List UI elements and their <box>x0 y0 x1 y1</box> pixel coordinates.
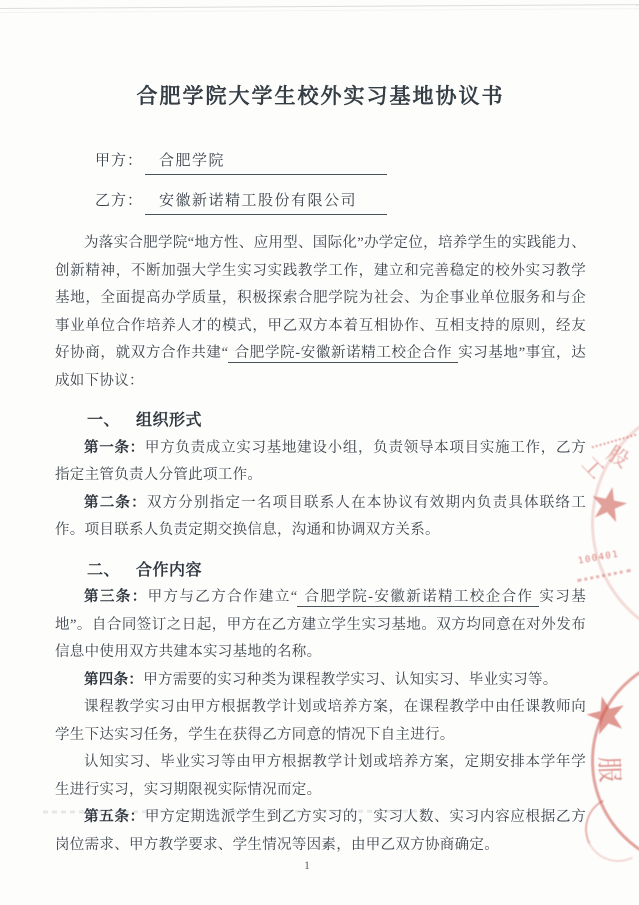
clause-3-paragraph: 第三条：甲方与乙方合作建立“合肥学院-安徽新诺精工校企合作实习基地”。自合同签订… <box>55 584 586 667</box>
clause-4-sub-text-1: 课程教学实习由甲方根据教学计划或培养方案，在课程教学中由任课教师向学生下达实习任… <box>55 699 586 743</box>
party-a-row: 甲方：合肥学院 <box>95 150 586 175</box>
section-1-number: 一、 <box>87 412 120 429</box>
clause-4-sub-paragraph-1: 课程教学实习由甲方根据教学计划或培养方案，在课程教学中由任课教师向学生下达实习任… <box>55 694 586 749</box>
clause-3-label: 第三条： <box>84 589 148 605</box>
party-b-row: 乙方：安徽新诺精工股份有限公司 <box>95 190 586 215</box>
party-b-label: 乙方： <box>95 193 143 209</box>
section-1-heading: 一、组织形式 <box>55 407 586 435</box>
intro-text-pre: 为落实合肥学院“地方性、应用型、国际化”办学定位，培养学生的实践能力、创新精神，… <box>55 235 586 361</box>
page-number: 1 <box>291 860 323 872</box>
document-body: 合肥学院大学生校外实习基地协议书 甲方：合肥学院 乙方：安徽新诺精工股份有限公司… <box>55 0 586 859</box>
clause-4-sub-paragraph-2: 认知实习、毕业实习等由甲方根据教学计划或培养方案，定期安排本学年学生进行实习，实… <box>55 749 586 804</box>
base-name-underlined: 合肥学院-安徽新诺精工校企合作 <box>297 589 539 607</box>
clause-1-paragraph: 第一条：甲方负责成立实习基地建设小组，负责领导本项目实施工作，乙方指定主管负责人… <box>55 435 586 490</box>
clause-4-label: 第四条： <box>84 672 143 688</box>
section-2-heading: 二、合作内容 <box>55 557 586 585</box>
seal-arc <box>576 787 639 870</box>
intro-paragraph: 为落实合肥学院“地方性、应用型、国际化”办学定位，培养学生的实践能力、创新精神，… <box>55 230 586 395</box>
clause-3-text-pre: 甲方与乙方合作建立“ <box>148 589 298 605</box>
clause-2-label: 第二条： <box>84 495 147 511</box>
section-1-title: 组织形式 <box>136 412 202 429</box>
red-seal-stamp-lower: ★ 服 <box>579 648 639 880</box>
seal-character: 服 <box>592 756 630 783</box>
party-a-label: 甲方： <box>95 153 143 169</box>
clause-4-text: 甲方需要的实习种类为课程教学实习、认知实习、毕业实习等。 <box>143 672 557 688</box>
base-name-underlined: 合肥学院-安徽新诺精工校企合作 <box>228 345 458 363</box>
clause-4-paragraph: 第四条：甲方需要的实习种类为课程教学实习、认知实习、毕业实习等。 <box>55 667 586 695</box>
red-seal-stamp-upper: 工 股 ★ 100401 <box>575 432 639 617</box>
clause-1-label: 第一条： <box>84 440 145 456</box>
clause-4-sub-text-2: 认知实习、毕业实习等由甲方根据教学计划或培养方案，定期安排本学年学生进行实习，实… <box>55 754 586 798</box>
page-title: 合肥学院大学生校外实习基地协议书 <box>55 82 586 110</box>
section-2-title: 合作内容 <box>136 562 202 579</box>
clause-2-paragraph: 第二条：双方分别指定一名项目联系人在本协议有效期内负责具体联络工作。项目联系人负… <box>55 490 586 545</box>
party-b-value: 安徽新诺精工股份有限公司 <box>145 190 387 215</box>
section-2-number: 二、 <box>87 562 120 579</box>
scanned-agreement-page: 合肥学院大学生校外实习基地协议书 甲方：合肥学院 乙方：安徽新诺精工股份有限公司… <box>0 0 639 905</box>
party-a-value: 合肥学院 <box>145 150 387 175</box>
